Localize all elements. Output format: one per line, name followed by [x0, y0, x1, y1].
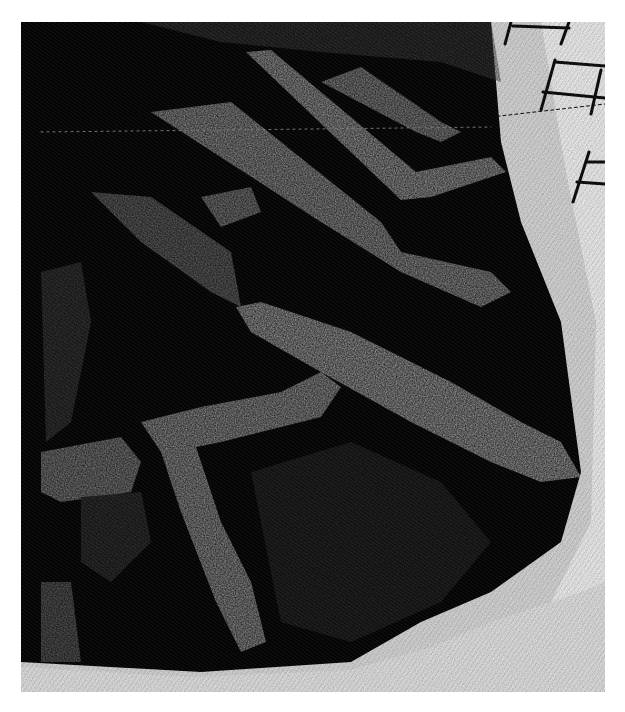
excavation-photo [21, 22, 605, 692]
excavation-scene [21, 22, 605, 692]
film-grain [21, 22, 605, 692]
